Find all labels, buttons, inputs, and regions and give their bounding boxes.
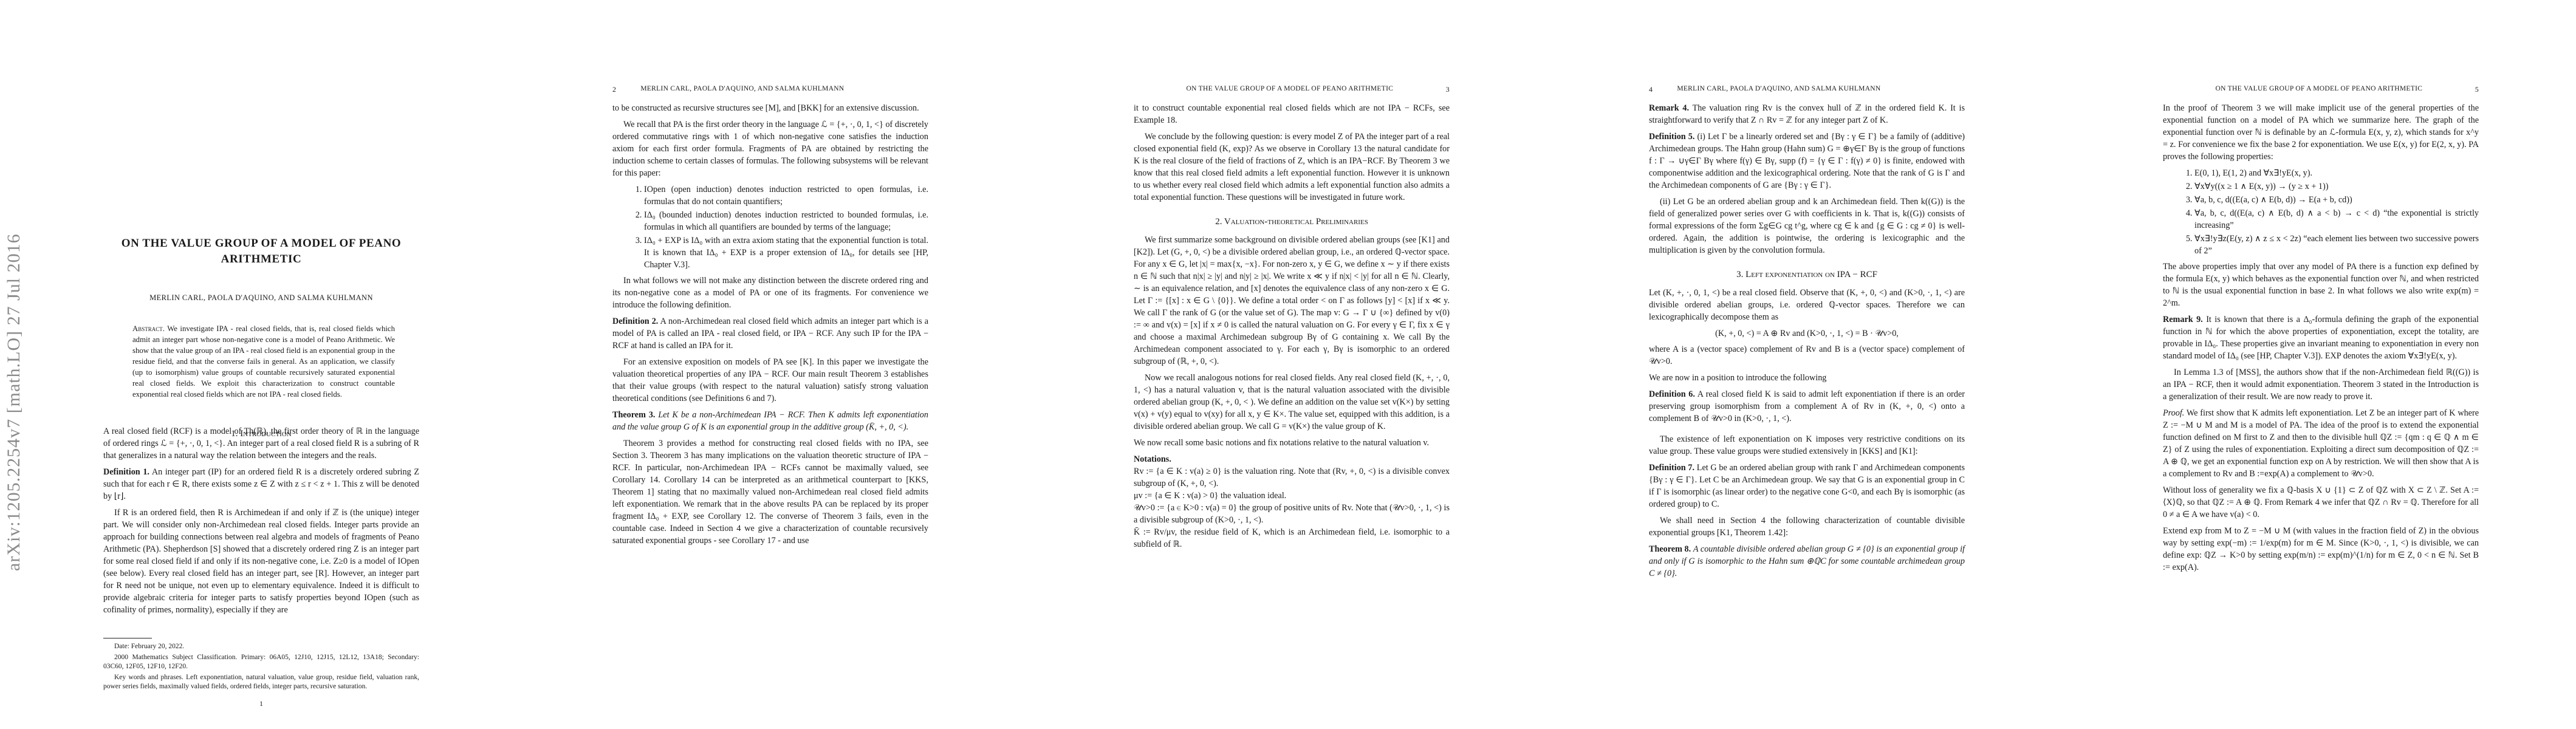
page-3-paragraph-3: We first summarize some background on di… bbox=[1134, 234, 1450, 368]
definition-7-text: Let G be an ordered abelian group with r… bbox=[1649, 463, 1965, 509]
definition-5-label: Definition 5. bbox=[1649, 132, 1694, 142]
page-2: 2 MERLIN CARL, PAOLA D'AQUINO, AND SALMA… bbox=[515, 0, 1030, 729]
intro-paragraph-1: A real closed field (RCF) is a model of … bbox=[103, 425, 419, 462]
definition-5-i: Definition 5. (i) Let Γ be a linearly or… bbox=[1649, 131, 1965, 191]
exp-property-3: ∀a, b, c, d((E(a, c) ∧ E(b, d)) → E(a + … bbox=[2194, 194, 2479, 206]
exp-property-2: ∀x∀y((x ≥ 1 ∧ E(x, y)) → (y ≥ x + 1)) bbox=[2194, 180, 2479, 193]
definition-5-ii: (ii) Let G be an ordered abelian group a… bbox=[1649, 196, 1965, 256]
page-2-paragraph-5: Theorem 3 provides a method for construc… bbox=[612, 437, 928, 547]
definition-6: Definition 6. A real closed field K is s… bbox=[1649, 388, 1965, 425]
definition-1-text: An integer part (IP) for an ordered fiel… bbox=[103, 467, 419, 501]
proof: Proof. We first show that K admits left … bbox=[2163, 407, 2479, 480]
title-line-2: ARITHMETIC bbox=[103, 252, 419, 267]
footnote-rule bbox=[103, 638, 152, 638]
theorem-3-text: Let K be a non-Archimedean IPA − RCF. Th… bbox=[612, 410, 928, 432]
remark-4-label: Remark 4. bbox=[1649, 103, 1689, 113]
abstract-text: We investigate IPA - real closed fields,… bbox=[132, 324, 395, 399]
proof-text: We first show that K admits left exponen… bbox=[2163, 408, 2479, 479]
running-head-authors: MERLIN CARL, PAOLA D'AQUINO, AND SALMA K… bbox=[1653, 85, 1965, 94]
notations-block: Notations. Rv := {a ∈ K : v(a) ≥ 0} is t… bbox=[1134, 453, 1450, 550]
definition-2: Definition 2. A non-Archimedean real clo… bbox=[612, 315, 928, 352]
definition-1: Definition 1. An integer part (IP) for a… bbox=[103, 466, 419, 502]
subsystem-item-idelta0-exp: IΔ₀ + EXP is IΔ₀ with an extra axiom sta… bbox=[644, 234, 928, 271]
page-3-paragraph-4: Now we recall analogous notions for real… bbox=[1134, 372, 1450, 433]
theorem-8: Theorem 8. A countable divisible ordered… bbox=[1649, 543, 1965, 580]
page-5-paragraph-5: Extend exp from M to Z = −M ∪ M (with va… bbox=[2163, 525, 2479, 573]
notation-residue-field: K̄ := Rv/μv, the residue field of K, whi… bbox=[1134, 526, 1450, 550]
theorem-8-text: A countable divisible ordered abelian gr… bbox=[1649, 544, 1965, 578]
definition-2-label: Definition 2. bbox=[612, 317, 658, 326]
page-1-body: ON THE VALUE GROUP OF A MODEL OF PEANO A… bbox=[103, 236, 419, 446]
notation-positive-units: 𝒰v>0 := {a ∈ K>0 : v(a) = 0} the group o… bbox=[1134, 502, 1450, 526]
page-4-paragraph-1: Let (K, +, ·, 0, 1, <) be a real closed … bbox=[1649, 287, 1965, 323]
page-2-paragraph-1: to be constructed as recursive structure… bbox=[612, 102, 928, 114]
page-3-body: it to construct countable exponential re… bbox=[1134, 102, 1450, 550]
exp-property-4: ∀a, b, c, d((E(a, c) ∧ E(b, d) ∧ a < b) … bbox=[2194, 207, 2479, 231]
title-line-1: ON THE VALUE GROUP OF A MODEL OF PEANO bbox=[103, 236, 419, 252]
page-2-paragraph-3: In what follows we will not make any dis… bbox=[612, 275, 928, 311]
page-3: ON THE VALUE GROUP OF A MODEL OF PEANO A… bbox=[1030, 0, 1546, 729]
theorem-3-label: Theorem 3. bbox=[612, 410, 655, 420]
running-head-title: ON THE VALUE GROUP OF A MODEL OF PEANO A… bbox=[2163, 85, 2475, 94]
remark-4-text: The valuation ring Rv is the convex hull… bbox=[1649, 103, 1965, 125]
section-2-title: 2. Valuation-theoretical Preliminaries bbox=[1134, 216, 1450, 228]
theorem-8-label: Theorem 8. bbox=[1649, 544, 1691, 554]
page-2-body: to be constructed as recursive structure… bbox=[612, 102, 928, 551]
remark-9-label: Remark 9. bbox=[2163, 315, 2203, 324]
abstract-label: Abstract. bbox=[132, 324, 165, 333]
page-5-paragraph-1: In the proof of Theorem 3 we will make i… bbox=[2163, 102, 2479, 163]
author-list: MERLIN CARL, PAOLA D'AQUINO, AND SALMA K… bbox=[103, 292, 419, 304]
page-4-paragraph-3: We are now in a position to introduce th… bbox=[1649, 372, 1965, 384]
page-3-paragraph-2: We conclude by the following question: i… bbox=[1134, 131, 1450, 204]
page-5-body: In the proof of Theorem 3 we will make i… bbox=[2163, 102, 2479, 578]
remark-9-text: It is known that there is a Δ₀-formula d… bbox=[2163, 315, 2479, 361]
running-head-page-3: ON THE VALUE GROUP OF A MODEL OF PEANO A… bbox=[1134, 85, 1450, 94]
subsystem-list: IOpen (open induction) denotes induction… bbox=[612, 183, 928, 271]
notation-valuation-ring: Rv := {a ∈ K : v(a) ≥ 0} is the valuatio… bbox=[1134, 465, 1450, 490]
notation-valuation-ideal: μv := {a ∈ K : v(a) > 0} the valuation i… bbox=[1134, 490, 1450, 502]
exp-property-1: E(0, 1), E(1, 2) and ∀x∃!yE(x, y). bbox=[2194, 167, 2479, 179]
page-3-paragraph-1: it to construct countable exponential re… bbox=[1134, 102, 1450, 126]
running-head-page-2: 2 MERLIN CARL, PAOLA D'AQUINO, AND SALMA… bbox=[612, 85, 928, 94]
theorem-3: Theorem 3. Let K be a non-Archimedean IP… bbox=[612, 409, 928, 433]
definition-6-label: Definition 6. bbox=[1649, 389, 1695, 399]
definition-2-text: A non-Archimedean real closed field whic… bbox=[612, 317, 928, 351]
definition-7-label: Definition 7. bbox=[1649, 463, 1694, 473]
page-4-paragraph-2: where A is a (vector space) complement o… bbox=[1649, 343, 1965, 368]
arxiv-stamp: arXiv:1205.2254v7 [math.LO] 27 Jul 2016 bbox=[4, 182, 28, 571]
definition-6-text: A real closed field K is said to admit l… bbox=[1649, 389, 1965, 423]
abstract: Abstract. We investigate IPA - real clos… bbox=[132, 323, 395, 400]
page-2-paragraph-2: We recall that PA is the first order the… bbox=[612, 118, 928, 179]
page-1-footnotes: Date: February 20, 2022. 2000 Mathematic… bbox=[103, 638, 419, 710]
footnote-date: Date: February 20, 2022. bbox=[103, 642, 419, 651]
subsystem-item-iopen: IOpen (open induction) denotes induction… bbox=[644, 183, 928, 208]
footnote-msc: 2000 Mathematics Subject Classification.… bbox=[103, 653, 419, 671]
subsystem-item-idelta0: IΔ₀ (bounded induction) denotes inductio… bbox=[644, 209, 928, 233]
page-number-1: 1 bbox=[103, 697, 419, 710]
decomposition-display: (K, +, 0, <) = A ⊕ Rv and (K>0, ·, 1, <)… bbox=[1649, 327, 1965, 340]
notations-label: Notations. bbox=[1134, 454, 1171, 464]
page-5-paragraph-3: In Lemma 1.3 of [MSS], the authors show … bbox=[2163, 366, 2479, 403]
page-number-5: 5 bbox=[2475, 85, 2479, 94]
footnote-keywords: Key words and phrases. Left exponentiati… bbox=[103, 673, 419, 691]
page-2-paragraph-4: For an extensive exposition on models of… bbox=[612, 356, 928, 405]
page-4-paragraph-5: We shall need in Section 4 the following… bbox=[1649, 515, 1965, 539]
exp-properties-list: E(0, 1), E(1, 2) and ∀x∃!yE(x, y). ∀x∀y(… bbox=[2163, 167, 2479, 257]
running-head-title: ON THE VALUE GROUP OF A MODEL OF PEANO A… bbox=[1134, 85, 1446, 94]
remark-4: Remark 4. The valuation ring Rv is the c… bbox=[1649, 102, 1965, 126]
running-head-page-5: ON THE VALUE GROUP OF A MODEL OF PEANO A… bbox=[2163, 85, 2479, 94]
page-5-paragraph-4: Without loss of generality we fix a ℚ-ba… bbox=[2163, 484, 2479, 521]
page-3-paragraph-5: We now recall some basic notions and fix… bbox=[1134, 437, 1450, 449]
proof-label: Proof. bbox=[2163, 408, 2184, 418]
page-4: 4 MERLIN CARL, PAOLA D'AQUINO, AND SALMA… bbox=[1546, 0, 2061, 729]
page-4-body: Remark 4. The valuation ring Rv is the c… bbox=[1649, 102, 1965, 584]
running-head-authors: MERLIN CARL, PAOLA D'AQUINO, AND SALMA K… bbox=[616, 85, 928, 94]
section-3-title: 3. Left exponentiation on IPA − RCF bbox=[1649, 269, 1965, 281]
definition-7: Definition 7. Let G be an ordered abelia… bbox=[1649, 462, 1965, 510]
exp-property-5: ∀x∃!y∃z(E(y, z) ∧ z ≤ x < 2z) “each elem… bbox=[2194, 233, 2479, 257]
running-head-page-4: 4 MERLIN CARL, PAOLA D'AQUINO, AND SALMA… bbox=[1649, 85, 1965, 94]
page-1-intro: A real closed field (RCF) is a model of … bbox=[103, 425, 419, 620]
page-5: ON THE VALUE GROUP OF A MODEL OF PEANO A… bbox=[2061, 0, 2576, 729]
definition-5-i-text: (i) Let Γ be a linearly ordered set and … bbox=[1649, 132, 1965, 190]
page-number-3: 3 bbox=[1446, 85, 1450, 94]
page-5-paragraph-2: The above properties imply that over any… bbox=[2163, 261, 2479, 309]
definition-1-label: Definition 1. bbox=[103, 467, 149, 477]
page-4-paragraph-4: The existence of left exponentiation on … bbox=[1649, 433, 1965, 457]
intro-paragraph-2: If R is an ordered field, then R is Arch… bbox=[103, 507, 419, 616]
paper-title: ON THE VALUE GROUP OF A MODEL OF PEANO A… bbox=[103, 236, 419, 267]
remark-9: Remark 9. It is known that there is a Δ₀… bbox=[2163, 313, 2479, 362]
